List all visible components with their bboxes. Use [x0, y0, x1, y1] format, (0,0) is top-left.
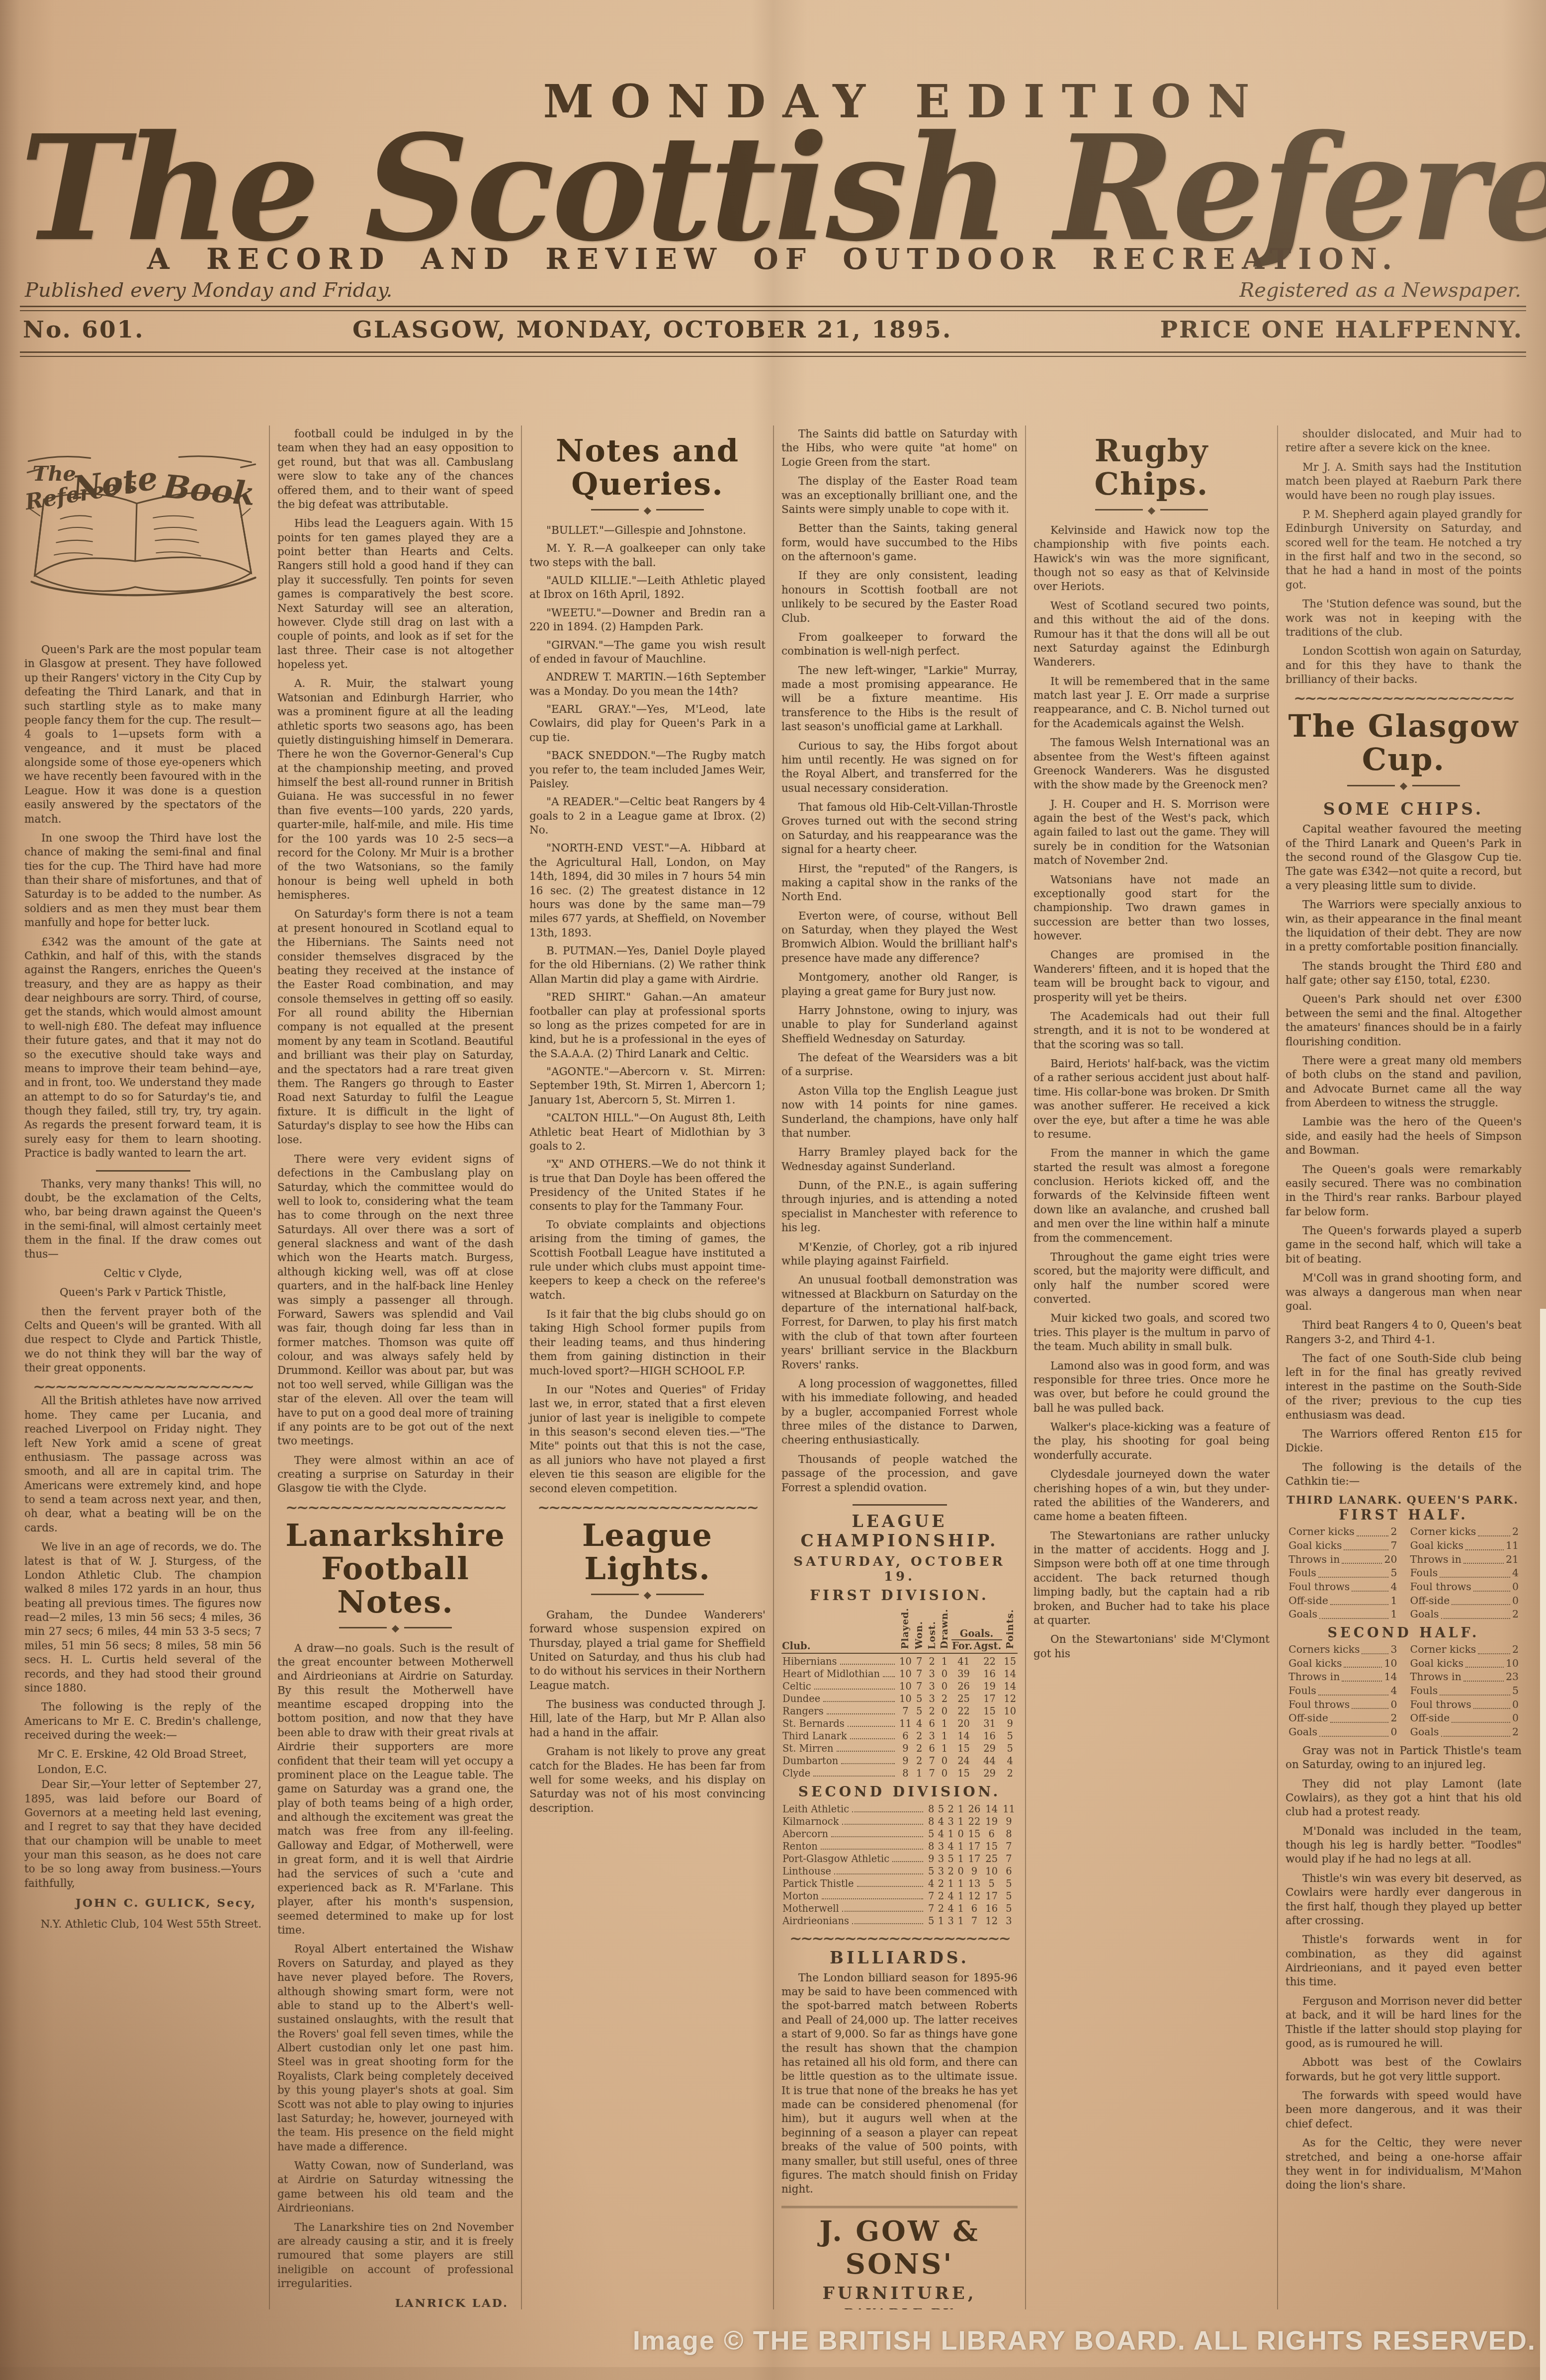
stat-entry: Off-side0 [1410, 1594, 1519, 1608]
glasgow-cup-paragraphs: Capital weather favoured the meeting of … [1286, 823, 1522, 1489]
fixture-line: Queen's Park v Partick Thistle, [24, 1286, 261, 1300]
article-paragraph: An unusual football demonstration was wi… [781, 1274, 1018, 1372]
stat-cell: 22 [977, 1655, 1003, 1668]
stat-cell: 11 [1000, 1803, 1018, 1815]
column-2: football could be indulged in by the tea… [269, 425, 521, 2309]
heading-ornament: ◆ [277, 1622, 514, 1634]
double-rule-bottom [20, 351, 1526, 357]
stat-cell: 10 [898, 1668, 913, 1680]
stat-entry: Corner kicks2 [1288, 1525, 1397, 1539]
table-row: Renton834117157 [781, 1840, 1018, 1853]
stat-cell: 5 [1000, 1890, 1018, 1902]
stat-entry: Throws in21 [1410, 1553, 1519, 1567]
article-paragraph: They did not play Lamont (late Cowlairs)… [1286, 1778, 1522, 1820]
divider-squiggle: ~~~~~~~~~~~~~~~~~~~~ [277, 1504, 514, 1512]
query-item: "AULD KILLIE."—Leith Athletic played at … [529, 574, 766, 602]
article-paragraph: The stands brought the Third £80 and hal… [1286, 960, 1522, 988]
scan-edge [1540, 1309, 1546, 2380]
article-paragraph: Muir kicked two goals, and scored two tr… [1033, 1312, 1270, 1354]
stat-cell: 17 [966, 1840, 983, 1853]
article-paragraph: £342 was the amount of the gate at Cathk… [24, 935, 261, 1161]
stat-cell: 7 [926, 1902, 936, 1915]
article-paragraph: The business was conducted through J. Hi… [529, 1698, 766, 1740]
rugby-continued: shoulder dislocated, and Muir had to ret… [1286, 427, 1522, 687]
league-championship-heading: LEAGUE CHAMPIONSHIP. [781, 1512, 1018, 1550]
article-paragraph: Graham is not likely to prove any great … [529, 1745, 766, 1816]
article-paragraph: Queen's Park should net over £300 betwee… [1286, 993, 1522, 1049]
newspaper-subtitle: A RECORD AND REVIEW OF OUTDOOR RECREATIO… [20, 242, 1526, 276]
stat-cell: 2 [946, 1865, 956, 1877]
article-paragraph: The fact of one South-Side club being le… [1286, 1352, 1522, 1423]
club-cell: Renton [781, 1840, 926, 1853]
table-row: Clyde817015292 [781, 1767, 1018, 1780]
divider-squiggle: ~~~~~~~~~~~~~~~~~~~~ [781, 1935, 1018, 1943]
query-item: "EARL GRAY."—Yes, M'Leod, late Cowlairs,… [529, 703, 766, 745]
stat-entry: Throws in20 [1288, 1553, 1397, 1567]
stat-cell: 5 [926, 1865, 936, 1877]
article-paragraph: If they are only consistent, leading hon… [781, 569, 1018, 626]
stat-cell: 22 [951, 1705, 977, 1717]
club-cell: Third Lanark [781, 1730, 898, 1742]
league-table-div2: Leith Athletic8521261411Kilmarnock843122… [781, 1803, 1018, 1927]
query-item: "X" AND OTHERS.—We do not think it is tr… [529, 1158, 766, 1214]
article-paragraph: Hirst, the "reputed" of the Rangers, is … [781, 862, 1018, 905]
stat-cell: 4 [913, 1717, 926, 1730]
stat-cell: 5 [913, 1693, 926, 1705]
query-item: "GIRVAN."—The game you wish result of en… [529, 639, 766, 667]
article-paragraph: That famous old Hib-Celt-Villan-Throstle… [781, 801, 1018, 857]
article-paragraph: Graham, the Dundee Wanderers' forward wh… [529, 1609, 766, 1693]
newspaper-page: MONDAY EDITION The Scottish Referee A RE… [0, 0, 1546, 2380]
stat-entry: Corners kicks3 [1288, 1643, 1397, 1657]
stat-cell: 2 [936, 1902, 946, 1915]
stat-entry: Fouls4 [1410, 1566, 1519, 1580]
league-date: SATURDAY, OCTOBER 19. [781, 1554, 1018, 1584]
stat-cell: 9 [898, 1755, 913, 1767]
stat-cell: 1 [956, 1840, 966, 1853]
stat-cell: 7 [926, 1767, 938, 1780]
stat-cell: 6 [966, 1902, 983, 1915]
notebook-continued: football could be indulged in by the tea… [277, 427, 514, 1496]
article-paragraph: M'Donald was included in the team, thoug… [1286, 1825, 1522, 1867]
stat-cell: 11 [898, 1717, 913, 1730]
stat-cell: 1 [938, 1717, 950, 1730]
stat-row: Goals1Goals2 [1288, 1608, 1519, 1621]
article-paragraph: There were very evident signs of defecti… [277, 1153, 514, 1449]
stat-cell: 0 [938, 1755, 950, 1767]
edition-banner: MONDAY EDITION [152, 75, 1546, 128]
heading-ornament: ◆ [1286, 779, 1522, 791]
stat-cell: 0 [956, 1865, 966, 1877]
advert-line: PAYABLE BY INSTALMENTS, [781, 2306, 1018, 2309]
published-line: Published every Monday and Friday. [25, 279, 392, 302]
stat-cell: 1 [956, 1803, 966, 1815]
article-paragraph: Harry Johnstone, owing to injury, was un… [781, 1004, 1018, 1046]
club-cell: St. Bernards [781, 1717, 898, 1730]
article-paragraph: A long procession of waggonettes, filled… [781, 1377, 1018, 1448]
stat-entry: Off-side0 [1410, 1711, 1519, 1725]
stat-cell: 6 [983, 1828, 1000, 1840]
article-paragraph: We live in an age of records, we do. The… [24, 1540, 261, 1696]
stat-cell: 2 [936, 1877, 946, 1890]
section-heading-notes-queries: Notes and Queries. [529, 434, 766, 501]
club-cell: Port-Glasgow Athletic [781, 1853, 926, 1865]
stat-entry: Goals2 [1410, 1725, 1519, 1739]
article-paragraph: Curious to say, the Hibs forgot about hi… [781, 740, 1018, 796]
stat-entry: Fouls5 [1288, 1566, 1397, 1580]
stat-cell: 3 [926, 1680, 938, 1693]
stat-cell: 1 [946, 1877, 956, 1890]
stat-cell: 1 [938, 1742, 950, 1755]
query-item: "WEETU."—Downer and Bredin ran a 220 in … [529, 606, 766, 635]
dateline-row: No. 601. GLASGOW, MONDAY, OCTOBER 21, 18… [20, 311, 1526, 347]
club-cell: Rangers [781, 1705, 898, 1717]
stat-cell: 5 [983, 1877, 1000, 1890]
stat-row: Throws in14Throws in23 [1288, 1670, 1519, 1684]
col-header-agst: Agst. [974, 1640, 1002, 1652]
stat-cell: 17 [983, 1890, 1000, 1902]
stat-cell: 10 [898, 1680, 913, 1693]
letter-block: Mr C. E. Erskine, 42 Old Broad Street, L… [24, 1748, 261, 1932]
stat-cell: 1 [913, 1767, 926, 1780]
table-row: Leith Athletic8521261411 [781, 1803, 1018, 1815]
stat-cell: 39 [951, 1668, 977, 1680]
article-paragraph: Thanks, very many thanks! This will, no … [24, 1178, 261, 1262]
stat-cell: 4 [1003, 1755, 1018, 1767]
advert-line: FURNITURE, [781, 2284, 1018, 2303]
article-paragraph: The famous Welsh International was an ab… [1033, 736, 1270, 793]
rugby-paragraphs: Kelvinside and Hawick now top the champi… [1033, 524, 1270, 1661]
table-row: Linthouse53209106 [781, 1865, 1018, 1877]
article-paragraph: A. R. Muir, the stalwart young Watsonian… [277, 677, 514, 903]
billiards-heading: BILLIARDS. [781, 1948, 1018, 1967]
athletics-paragraphs: All the British athletes have now arrive… [24, 1394, 261, 1743]
stat-cell: 44 [977, 1755, 1003, 1767]
query-item: "RED SHIRT." Gahan.—An amateur footballe… [529, 991, 766, 1061]
article-paragraph: West of Scotland secured two points, and… [1033, 599, 1270, 670]
stat-cell: 1 [938, 1730, 950, 1742]
article-paragraph: J. H. Couper and H. S. Morrison were aga… [1033, 798, 1270, 868]
stat-cell: 2 [936, 1890, 946, 1902]
stat-row: Corners kicks3Corner kicks2 [1288, 1643, 1519, 1657]
misc-paragraphs: To obviate complaints and objections ari… [529, 1218, 766, 1496]
stat-cell: 29 [977, 1767, 1003, 1780]
stat-cell: 14 [1003, 1680, 1018, 1693]
section-heading-league-lights: League Lights. [529, 1519, 766, 1586]
stat-cell: 0 [938, 1767, 950, 1780]
stat-cell: 9 [966, 1865, 983, 1877]
stat-row: Throws in20Throws in21 [1288, 1553, 1519, 1567]
stat-entry: Off-side2 [1288, 1711, 1397, 1725]
query-item: "BULLET."—Gillespie and Johnstone. [529, 524, 766, 538]
issue-number: No. 601. [23, 316, 145, 343]
stat-cell: 41 [951, 1655, 977, 1668]
stat-cell: 3 [926, 1730, 938, 1742]
article-paragraph: football could be indulged in by the tea… [277, 427, 514, 512]
stat-cell: 0 [938, 1680, 950, 1693]
table-row: Dundee10532251712 [781, 1693, 1018, 1705]
draw-lines: Celtic v Clyde,Queen's Park v Partick Th… [24, 1267, 261, 1300]
stat-cell: 0 [956, 1828, 966, 1840]
stat-cell: 5 [1003, 1742, 1018, 1755]
masthead: MONDAY EDITION The Scottish Referee A RE… [20, 0, 1526, 357]
article-paragraph: In one swoop the Third have lost the cha… [24, 832, 261, 931]
article-paragraph: Kelvinside and Hawick now top the champi… [1033, 524, 1270, 595]
article-paragraph: The forwards with speed would have been … [1286, 2089, 1522, 2131]
club-cell: Leith Athletic [781, 1803, 926, 1815]
article-paragraph: They were almost within an ace of creati… [277, 1454, 514, 1496]
price: PRICE ONE HALFPENNY. [1160, 316, 1523, 343]
notebook-paragraphs: Queen's Park are the most popular team i… [24, 643, 261, 1161]
article-paragraph: Baird, Heriots' half-back, was the victi… [1033, 1057, 1270, 1142]
stat-entry: Goal kicks7 [1288, 1539, 1397, 1553]
stat-cell: 10 [1003, 1705, 1018, 1717]
some-chips-subhead: SOME CHIPS. [1286, 799, 1522, 819]
stat-entry: Goals2 [1410, 1608, 1519, 1621]
heading-ornament: ◆ [529, 504, 766, 516]
stat-cell: 3 [946, 1915, 956, 1927]
stat-cell: 17 [977, 1693, 1003, 1705]
club-cell: Dundee [781, 1693, 898, 1705]
queries-list: "BULLET."—Gillespie and Johnstone.M. Y. … [529, 524, 766, 1214]
stat-cell: 29 [977, 1742, 1003, 1755]
stat-cell: 5 [926, 1828, 936, 1840]
col-header-for: For. [952, 1640, 972, 1652]
stat-cell: 1 [956, 1815, 966, 1828]
stat-cell: 15 [951, 1742, 977, 1755]
stat-cell: 0 [938, 1668, 950, 1680]
stat-cell: 15 [951, 1767, 977, 1780]
stat-cell: 2 [926, 1705, 938, 1717]
stat-cell: 5 [913, 1705, 926, 1717]
letter-address: London, E.C. [37, 1763, 261, 1777]
query-item: M. Y. R.—A goalkeeper can only take two … [529, 542, 766, 570]
article-paragraph: P. M. Shepherd again played grandly for … [1286, 508, 1522, 593]
stat-entry: Foul throws0 [1288, 1698, 1397, 1712]
stat-cell: 2 [913, 1755, 926, 1767]
article-paragraph: The Warriors offered Renton £15 for Dick… [1286, 1428, 1522, 1456]
article-paragraph: shoulder dislocated, and Muir had to ret… [1286, 427, 1522, 456]
stat-cell: 1 [956, 1890, 966, 1902]
table-row: Hibernians10721412215 [781, 1655, 1018, 1668]
notebook-word-book: Book [161, 468, 257, 513]
article-paragraph: London Scottish won again on Saturday, a… [1286, 645, 1522, 687]
stat-cell: 7 [913, 1680, 926, 1693]
stat-cell: 4 [936, 1815, 946, 1828]
stat-row: Off-side1Off-side0 [1288, 1594, 1519, 1608]
col-header-drawn: Drawn. [938, 1607, 950, 1653]
stat-cell: 9 [1000, 1815, 1018, 1828]
stat-cell: 15 [966, 1828, 983, 1840]
article-paragraph: The Academicals had out their full stren… [1033, 1010, 1270, 1052]
stat-entry: Fouls5 [1410, 1684, 1519, 1698]
stat-row: Foul throws0Foul throws0 [1288, 1698, 1519, 1712]
letter-body: Dear Sir,—Your letter of September 27, 1… [24, 1778, 261, 1891]
league-table-div1: Club. Played. Won. Lost. Drawn. Goals. F… [781, 1607, 1018, 1780]
notebook-word-the: The [33, 461, 76, 486]
stat-cell: 22 [966, 1815, 983, 1828]
advert-gow-sons: J. GOW & SONS' FURNITURE, PAYABLE BY INS… [781, 2206, 1018, 2309]
query-item: B. PUTMAN.—Yes, Daniel Doyle played for … [529, 944, 766, 987]
article-paragraph: Watty Cowan, now of Sunderland, was at A… [277, 2159, 514, 2216]
column-1: The Referee's Note Book Queen's Park are… [17, 425, 269, 2309]
article-paragraph: Thousands of people watched the passage … [781, 1453, 1018, 1495]
cathkin-teams: THIRD LANARK. QUEEN'S PARK. [1286, 1494, 1522, 1507]
advert-name: J. GOW & SONS' [781, 2215, 1018, 2281]
article-paragraph: The Queen's forwards played a superb gam… [1286, 1224, 1522, 1267]
stat-cell: 31 [977, 1717, 1003, 1730]
stat-entry: Goals1 [1288, 1608, 1397, 1621]
stat-cell: 19 [977, 1680, 1003, 1693]
divider-squiggle: ~~~~~~~~~~~~~~~~~~~~ [24, 1383, 261, 1391]
stat-row: Off-side2Off-side0 [1288, 1711, 1519, 1725]
stat-cell: 10 [898, 1693, 913, 1705]
stat-cell: 6 [1000, 1865, 1018, 1877]
stat-cell: 7 [913, 1655, 926, 1668]
section-heading-lanarkshire: Lanarkshire Football Notes. [277, 1519, 514, 1619]
stat-entry: Goal kicks11 [1410, 1539, 1519, 1553]
stat-cell: 5 [1000, 1902, 1018, 1915]
column-5: Rugby Chips. ◆ Kelvinside and Hawick now… [1025, 425, 1277, 2309]
query-item: "A READER."—Celtic beat Rangers by 4 goa… [529, 795, 766, 838]
stat-cell: 4 [936, 1828, 946, 1840]
article-paragraph: Royal Albert entertained the Wishaw Rove… [277, 1943, 514, 2154]
article-paragraph: Lambie was the hero of the Queen's side,… [1286, 1115, 1522, 1158]
article-paragraph: The following is the details of the Cath… [1286, 1461, 1522, 1489]
table-row: St. Mirren926115295 [781, 1742, 1018, 1755]
stat-cell: 7 [926, 1755, 938, 1767]
table-row: Port-Glasgow Athletic935117257 [781, 1853, 1018, 1865]
stat-cell: 5 [1003, 1730, 1018, 1742]
stat-entry: Goals0 [1288, 1725, 1397, 1739]
article-paragraph: Walker's place-kicking was a feature of … [1033, 1421, 1270, 1463]
col-header-points: Points. [1003, 1607, 1018, 1653]
first-division-label: FIRST DIVISION. [781, 1587, 1018, 1604]
club-cell: Morton [781, 1890, 926, 1902]
article-paragraph: Capital weather favoured the meeting of … [1286, 823, 1522, 893]
article-paragraph: Harry Bramley played back for the Wednes… [781, 1146, 1018, 1174]
stat-entry: Goal kicks10 [1410, 1657, 1519, 1671]
article-paragraph: The Lanarkshire ties on 2nd November are… [277, 2221, 514, 2292]
article-paragraph: From the manner in which the game starte… [1033, 1147, 1270, 1246]
stat-row: Goal kicks10Goal kicks10 [1288, 1657, 1519, 1671]
stat-cell: 5 [926, 1915, 936, 1927]
heading-ornament: ◆ [529, 1589, 766, 1601]
stat-cell: 7 [966, 1915, 983, 1927]
article-paragraph: Throughout the game eight tries were sco… [1033, 1251, 1270, 1307]
article-paragraph: From goalkeeper to forward the combinati… [781, 631, 1018, 659]
table-row: Kilmarnock843122199 [781, 1815, 1018, 1828]
club-cell: Airdrieonians [781, 1915, 926, 1927]
publication-line: Published every Monday and Friday. Regis… [20, 279, 1526, 302]
club-cell: Linthouse [781, 1865, 926, 1877]
stat-cell: 10 [898, 1655, 913, 1668]
stat-cell: 2 [913, 1742, 926, 1755]
stat-cell: 14 [1003, 1668, 1018, 1680]
club-cell: Motherwell [781, 1902, 926, 1915]
stat-cell: 24 [951, 1755, 977, 1767]
column-3: Notes and Queries. ◆ "BULLET."—Gillespie… [521, 425, 773, 2309]
divider-squiggle: ~~~~~~~~~~~~~~~~~~~~ [529, 1504, 766, 1512]
stat-cell: 2 [926, 1655, 938, 1668]
stat-entry: Foul throws4 [1288, 1580, 1397, 1594]
stat-entry: Throws in14 [1288, 1670, 1397, 1684]
article-paragraph: The Queen's goals were remarkably easily… [1286, 1163, 1522, 1220]
stat-cell: 26 [966, 1803, 983, 1815]
query-item: "CALTON HILL."—On August 8th, Leith Athl… [529, 1111, 766, 1154]
section-heading-glasgow-cup: The Glasgow Cup. [1286, 710, 1522, 776]
team-name-third-lanark: THIRD LANARK. [1286, 1494, 1404, 1507]
stat-cell: 7 [898, 1705, 913, 1717]
first-half-stats: Corner kicks2Corner kicks2Goal kicks7Goa… [1286, 1525, 1522, 1621]
league-lights-paragraphs: Graham, the Dundee Wanderers' forward wh… [529, 1609, 766, 1816]
heading-ornament: ◆ [1033, 504, 1270, 516]
table-row: Airdrieonians51317123 [781, 1915, 1018, 1927]
registered-line: Registered as a Newspaper. [1239, 279, 1521, 302]
article-paragraph: Hibs lead the Leaguers again. With 15 po… [277, 517, 514, 672]
stat-row: Corner kicks2Corner kicks2 [1288, 1525, 1519, 1539]
stat-entry: Fouls4 [1288, 1684, 1397, 1698]
article-paragraph: Is it fair that the big clubs should go … [529, 1308, 766, 1378]
table-row: Abercorn54101568 [781, 1828, 1018, 1840]
stat-cell: 3 [936, 1853, 946, 1865]
article-paragraph: All the British athletes have now arrive… [24, 1394, 261, 1535]
stat-cell: 25 [983, 1853, 1000, 1865]
league-lights-continued: The Saints did battle on Saturday with t… [781, 427, 1018, 1495]
col-header-won: Won. [913, 1607, 926, 1653]
stat-cell: 2 [1003, 1767, 1018, 1780]
article-paragraph: A draw—no goals. Such is the result of t… [277, 1642, 514, 1938]
article-paragraph: M'Kenzie, of Chorley, got a rib injured … [781, 1241, 1018, 1269]
table-row: Heart of Midlothian10730391614 [781, 1668, 1018, 1680]
stat-cell: 1 [956, 1902, 966, 1915]
letter-signature: JOHN C. GULICK, Secy, [24, 1896, 257, 1911]
stat-cell: 2 [913, 1730, 926, 1742]
article-paragraph: It will be remembered that in the same m… [1033, 675, 1270, 732]
article-paragraph: The Stewartonians are rather unlucky in … [1033, 1530, 1270, 1628]
article-paragraph: In our "Notes and Queries" of Friday las… [529, 1383, 766, 1496]
stat-cell: 19 [983, 1815, 1000, 1828]
col-header-lost: Lost. [926, 1607, 938, 1653]
stat-cell: 25 [951, 1693, 977, 1705]
table-row: Rangers7520221510 [781, 1705, 1018, 1717]
table-row: Third Lanark623114165 [781, 1730, 1018, 1742]
stat-entry: Off-side1 [1288, 1594, 1397, 1608]
section-rule [853, 1504, 947, 1506]
library-watermark: Image © THE BRITISH LIBRARY BOARD. ALL R… [633, 2325, 1536, 2356]
stat-cell: 2 [938, 1693, 950, 1705]
stat-cell: 1 [946, 1828, 956, 1840]
col-header-goals: Goals. For. Agst. [951, 1607, 1003, 1653]
billiards-paragraph: The London billiard season for 1895-96 m… [781, 1971, 1018, 2197]
stat-cell: 9 [1003, 1717, 1018, 1730]
stat-entry: Foul throws0 [1410, 1698, 1519, 1712]
article-paragraph: then the fervent prayer both of the Celt… [24, 1305, 261, 1376]
stat-cell: 26 [951, 1680, 977, 1693]
fixture-line: Celtic v Clyde, [24, 1267, 261, 1281]
table-row: Motherwell72416165 [781, 1902, 1018, 1915]
letter-signature: N.Y. Athletic Club, 104 West 55th Street… [24, 1918, 261, 1932]
stat-cell: 3 [926, 1693, 938, 1705]
stat-cell: 1 [956, 1853, 966, 1865]
article-paragraph: The new left-winger, "Larkie" Murray, ma… [781, 664, 1018, 735]
stat-cell: 7 [926, 1890, 936, 1902]
stat-cell: 15 [977, 1705, 1003, 1717]
divider-squiggle: ~~~~~~~~~~~~~~~~~~~~ [1286, 695, 1522, 703]
stat-cell: 13 [966, 1877, 983, 1890]
stat-cell: 4 [946, 1890, 956, 1902]
stat-cell: 5 [1000, 1877, 1018, 1890]
